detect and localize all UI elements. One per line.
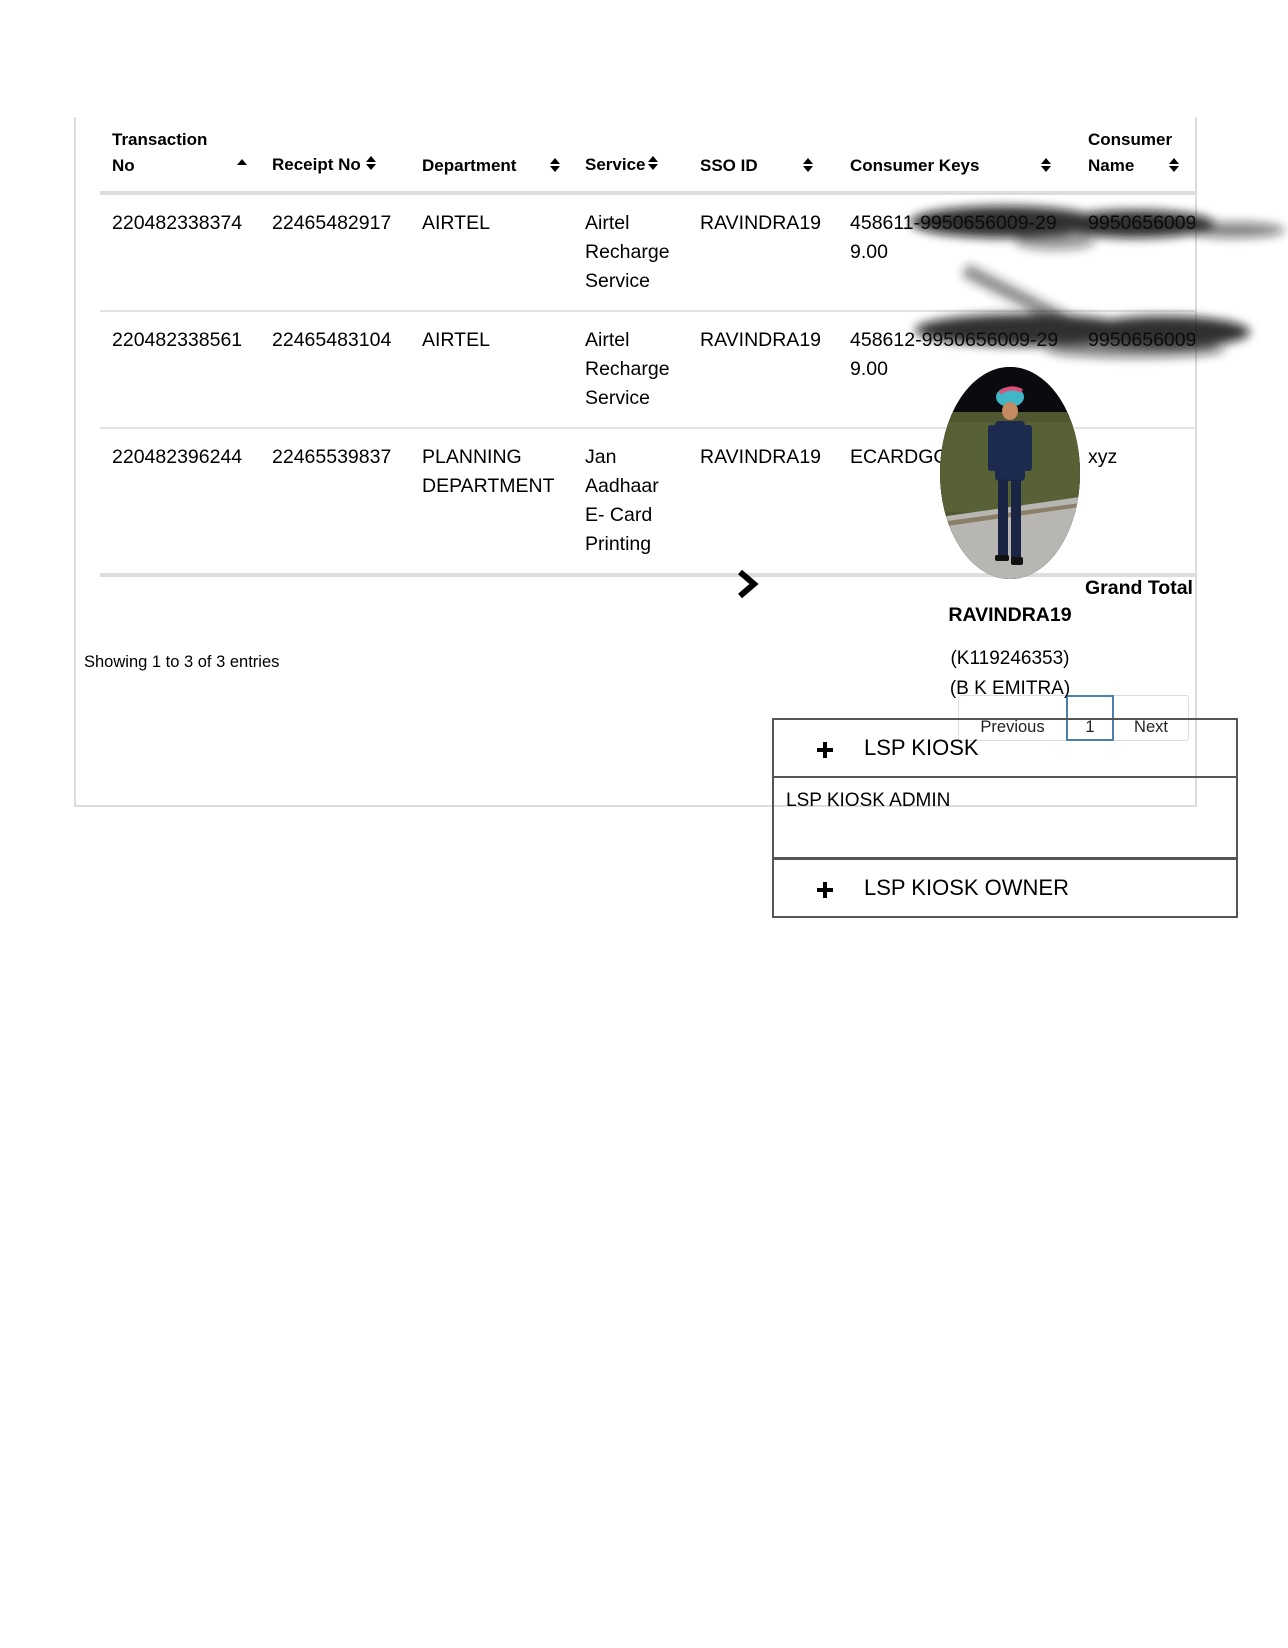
sort-ascending-icon[interactable] — [236, 155, 248, 171]
cell-consumer-keys: 458611-9950656009-299.00 — [838, 193, 1076, 311]
profile-username: RAVINDRA19 — [942, 604, 1078, 627]
column-header-sso-id[interactable]: SSO ID — [688, 117, 838, 193]
cell-department: AIRTEL — [410, 193, 573, 311]
cell-department: PLANNING DEPARTMENT — [410, 428, 573, 575]
cell-transaction-no: 220482338561 — [100, 311, 260, 428]
profile-kiosk-name: (B K EMITRA) — [938, 678, 1082, 700]
sort-icon[interactable] — [647, 153, 659, 179]
cell-receipt-no: 22465482917 — [260, 193, 410, 311]
table-header-row: Transaction No Receipt No Department Ser… — [100, 117, 1197, 193]
cell-service: Airtel Recharge Service — [573, 311, 688, 428]
cell-receipt-no: 22465539837 — [260, 428, 410, 575]
kiosk-menu: LSP KIOSK LSP KIOSK ADMIN LSP KIOSK OWNE… — [772, 718, 1238, 918]
profile-kiosk-code: (K119246353) — [938, 648, 1082, 670]
cell-receipt-no: 22465483104 — [260, 311, 410, 428]
menu-section-label: LSP KIOSK OWNER — [864, 875, 1069, 901]
person-photo-icon — [940, 367, 1080, 579]
plus-icon — [816, 739, 834, 757]
sort-icon[interactable] — [1168, 157, 1180, 173]
menu-section-lsp-kiosk[interactable]: LSP KIOSK — [774, 720, 1236, 776]
sort-icon[interactable] — [549, 157, 561, 173]
column-header-department[interactable]: Department — [410, 117, 573, 193]
cell-sso-id: RAVINDRA19 — [688, 428, 838, 575]
cell-consumer-name: 9950656009 — [1076, 311, 1197, 428]
chevron-right-icon[interactable] — [736, 569, 760, 599]
column-header-receipt-no[interactable]: Receipt No — [260, 117, 410, 193]
sort-icon[interactable] — [1040, 157, 1052, 173]
cell-consumer-name: 9950656009 — [1076, 193, 1197, 311]
cell-department: AIRTEL — [410, 311, 573, 428]
menu-item-lsp-kiosk-admin[interactable]: LSP KIOSK ADMIN — [786, 790, 1224, 812]
cell-service: Jan Aadhaar E- Card Printing — [573, 428, 688, 575]
column-header-service[interactable]: Service — [573, 117, 688, 193]
cell-consumer-name: xyz — [1076, 428, 1197, 575]
cell-transaction-no: 220482338374 — [100, 193, 260, 311]
table-row[interactable]: 220482338374 22465482917 AIRTEL Airtel R… — [100, 193, 1197, 311]
menu-section-lsp-kiosk-owner[interactable]: LSP KIOSK OWNER — [774, 860, 1236, 916]
profile-avatar — [940, 367, 1080, 579]
column-header-consumer-name[interactable]: Consumer Name — [1076, 117, 1197, 193]
menu-section-body: LSP KIOSK ADMIN — [774, 776, 1236, 860]
grand-total-label: Grand Total — [1085, 577, 1193, 600]
column-header-transaction-no[interactable]: Transaction No — [100, 117, 260, 193]
cell-service: Airtel Recharge Service — [573, 193, 688, 311]
cell-transaction-no: 220482396244 — [100, 428, 260, 575]
sort-icon[interactable] — [802, 157, 814, 173]
sort-icon[interactable] — [365, 153, 377, 179]
plus-icon — [816, 879, 834, 897]
cell-sso-id: RAVINDRA19 — [688, 311, 838, 428]
cell-sso-id: RAVINDRA19 — [688, 193, 838, 311]
entries-info: Showing 1 to 3 of 3 entries — [84, 653, 279, 672]
menu-section-label: LSP KIOSK — [864, 735, 979, 761]
column-header-consumer-keys[interactable]: Consumer Keys — [838, 117, 1076, 193]
